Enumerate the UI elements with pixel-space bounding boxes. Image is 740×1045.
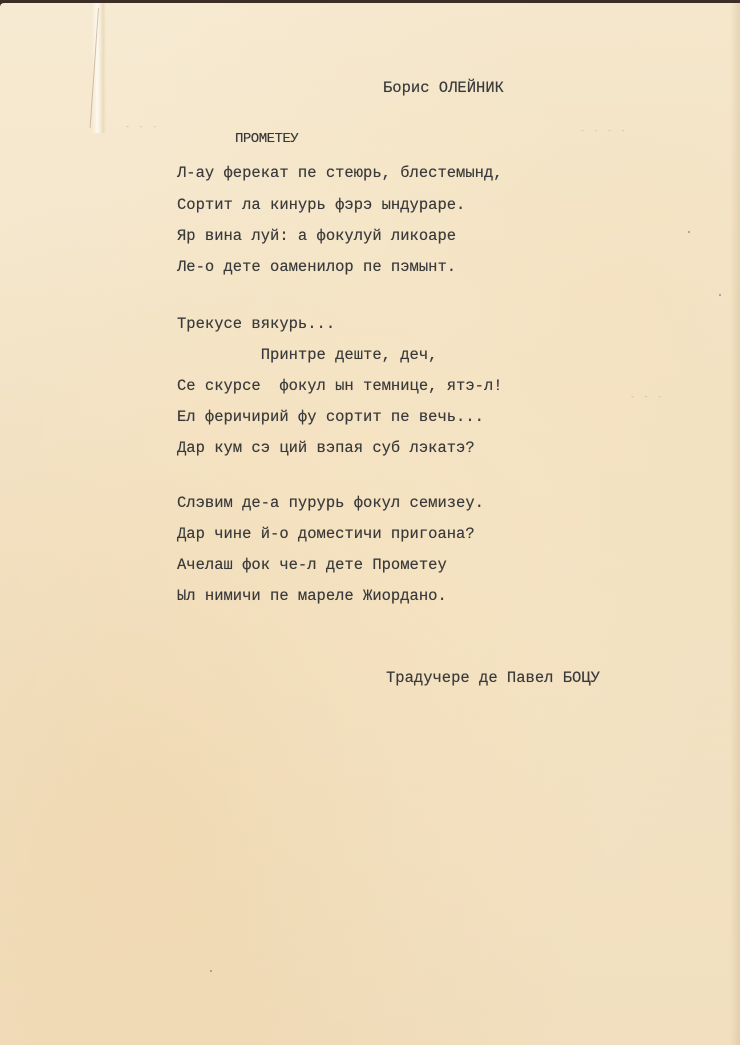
poem-line: Яр вина луй: а фокулуй ликоаре (177, 229, 456, 245)
faint-mark: - - - (125, 123, 159, 132)
poem-title: ПРОМЕТЕУ (235, 132, 298, 146)
poem-line: Дар чине й-о доместичи пригоана? (177, 527, 475, 543)
poem-line: Ачелаш фок че-л дете Прометеу (177, 558, 447, 574)
faint-mark: - - - (630, 393, 664, 402)
poem-line: Ыл нимичи пе маpеле Жиордано. (177, 589, 447, 605)
faint-mark: - - - - (580, 127, 628, 136)
author-name: Борис ОЛЕЙНИК (383, 81, 504, 97)
translator-credit: Традучере де Павел БОЦУ (386, 671, 600, 687)
speck (210, 970, 212, 972)
poem-line: Дар кум сэ ций вэпая суб лэкатэ? (177, 441, 475, 457)
speck (719, 294, 721, 296)
poem-line: Ле-о дете оаменилор пе пэмынт. (177, 260, 456, 276)
poem-line: Л-ау ферекат пе стеюрь, блестемынд, (177, 166, 503, 182)
poem-line: Трекусе вякурь... (177, 317, 335, 333)
paper-edge-shadow (730, 3, 740, 1045)
poem-line: Принтре деште, деч, (177, 348, 437, 364)
poem-line: Сортит ла кинурь фэрэ ындураре. (177, 198, 465, 214)
poem-line: Ел феричирий фу сортит пе вечь... (177, 410, 484, 426)
typewritten-page: - - - - - - - - - - Борис ОЛЕЙНИК ПРОМЕТ… (0, 3, 740, 1045)
speck (688, 231, 690, 233)
poem-line: Слэвим де-а пурурь фокул семизеу. (177, 496, 484, 512)
poem-line: Се скурсе фокул ын темнице, ятэ-л! (177, 379, 503, 395)
